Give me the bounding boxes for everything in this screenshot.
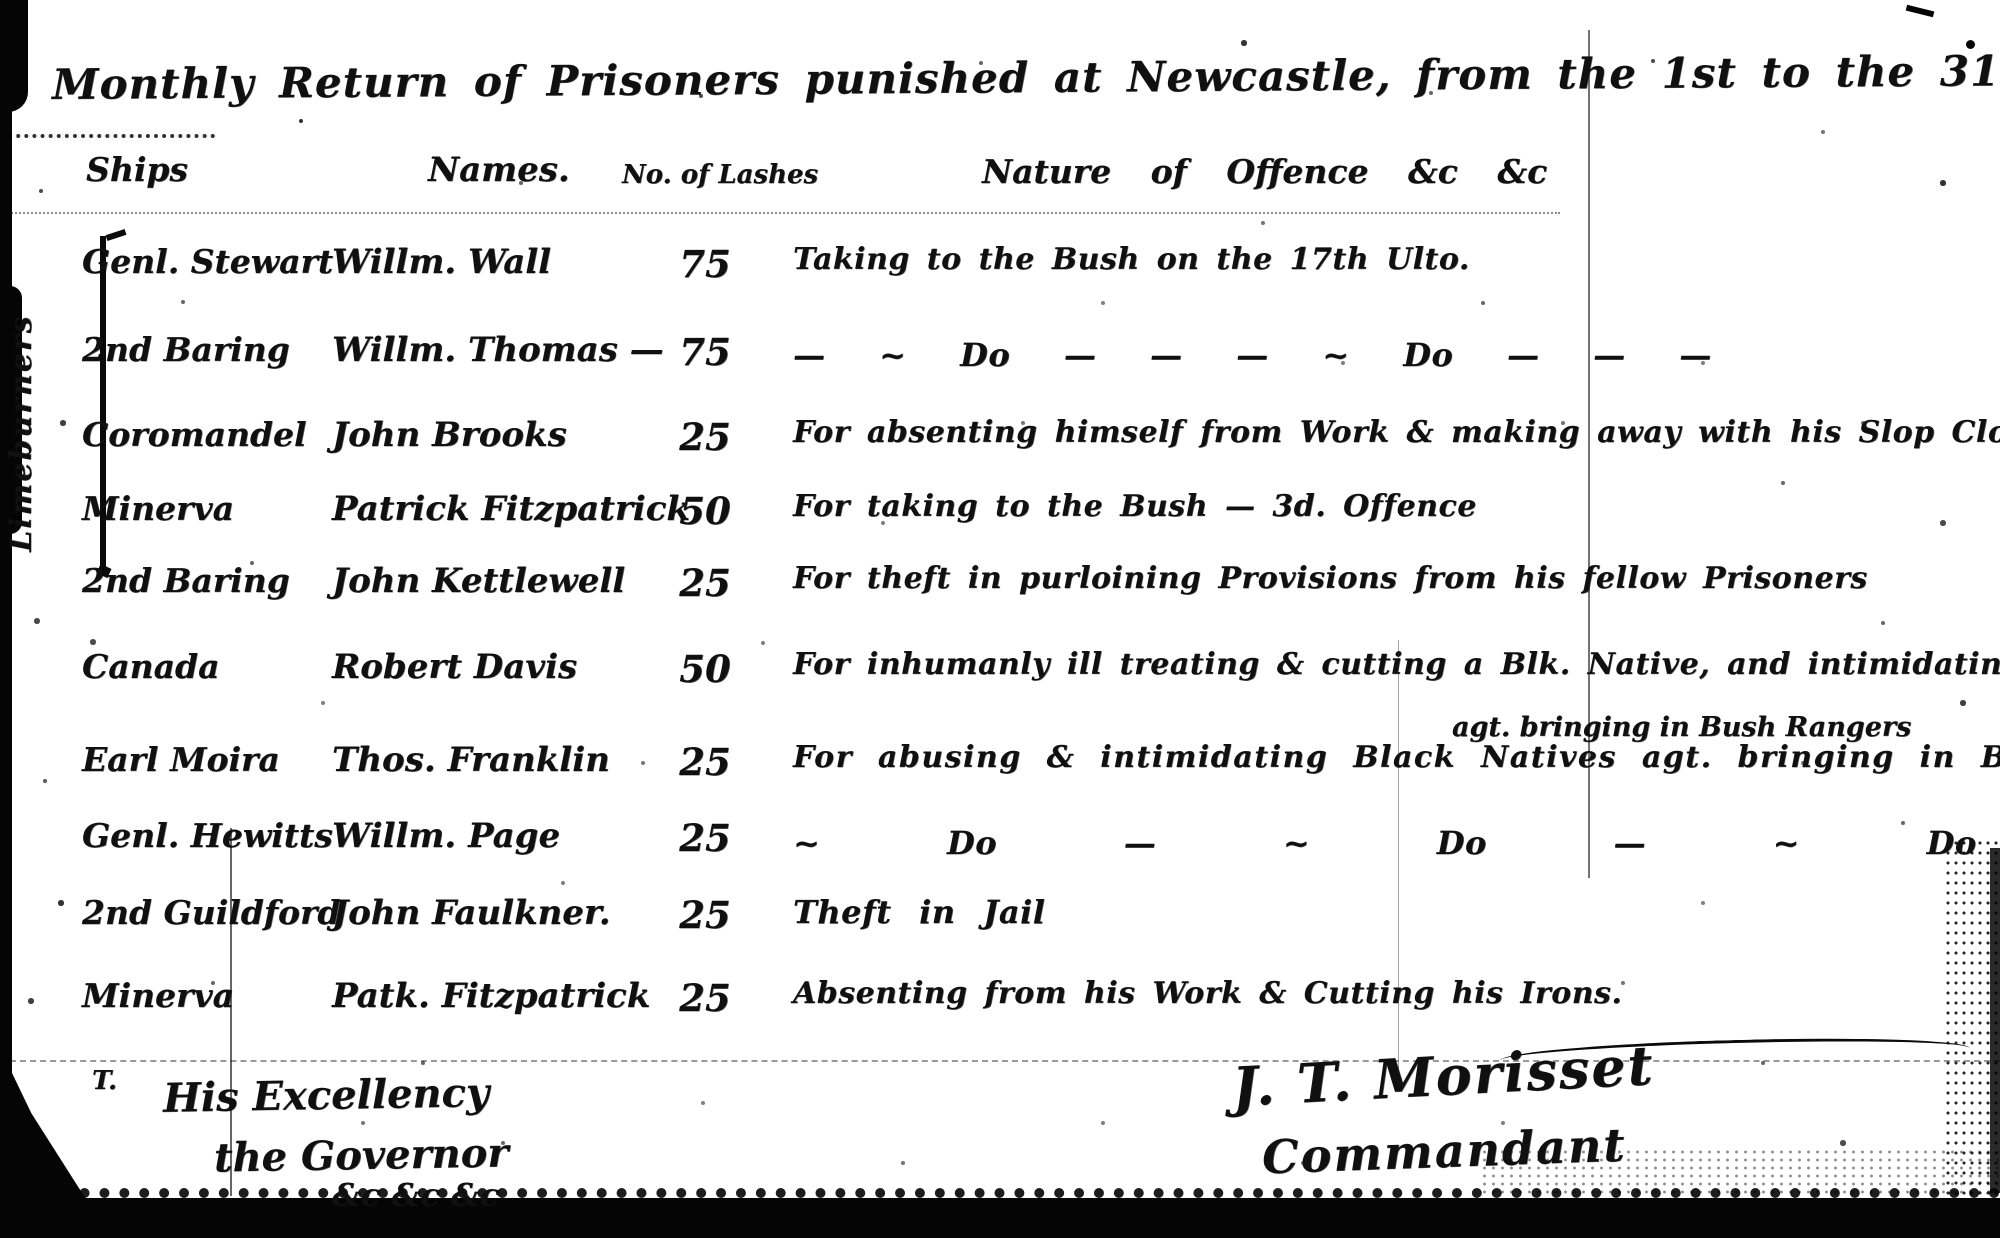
scan-edge-bottom [0, 1198, 2000, 1238]
name-cell: Willm. Wall [332, 242, 551, 282]
name-cell: Patrick Fitzpatrick [332, 489, 690, 529]
document-title: Monthly Return of Prisoners punished at … [52, 44, 2000, 109]
name-cell: Willm. Page [332, 816, 560, 856]
column-header-names: Names. [428, 150, 570, 190]
ship-cell: Genl. Stewart [82, 242, 333, 281]
lashes-cell: 25 [650, 893, 760, 937]
column-header-ships: Ships [86, 150, 188, 189]
lashes-cell: 25 [650, 415, 760, 459]
scanline-horizontal [0, 134, 215, 138]
offence-cell: Theft in Jail [793, 893, 1045, 931]
name-cell: John Kettlewell [332, 561, 625, 601]
offence-cell: For theft in purloining Provisions from … [793, 561, 1868, 596]
ship-cell: 2nd Baring [82, 330, 290, 369]
table-row: Minerva Patrick Fitzpatrick 50 For takin… [0, 489, 2000, 571]
table-row: Genl. Hewitts Willm. Page 25 ~ Do — ~ Do… [0, 816, 2000, 898]
name-cell: John Brooks [332, 415, 567, 455]
name-cell: Willm. Thomas — [332, 330, 664, 370]
salutation: T. [92, 1066, 117, 1096]
lashes-cell: 25 [650, 816, 760, 860]
column-header-lashes: No. of Lashes [622, 160, 818, 190]
scan-mark-top-right [1906, 5, 1935, 18]
lashes-cell: 50 [650, 489, 760, 533]
offence-ditto-cell: — ~ Do — — — ~ Do — — — [793, 336, 1712, 374]
table-row: 2nd Guildford John Faulkner. 25 Theft in… [0, 893, 2000, 975]
offence-cell: For abusing & intimidating Black Natives… [793, 740, 2000, 775]
offence-cell: Absenting from his Work & Cutting his Ir… [793, 976, 1622, 1011]
offence-cell: Taking to the Bush on the 17th Ulto. [793, 242, 1470, 277]
lashes-cell: 25 [650, 976, 760, 1020]
name-cell: Thos. Franklin [332, 740, 610, 780]
ruled-horizontal-line [0, 212, 1560, 214]
lashes-cell: 50 [650, 647, 760, 691]
ship-cell: Earl Moira [82, 740, 280, 779]
name-cell: Patk. Fitzpatrick [332, 976, 650, 1016]
scan-blob-top-left [0, 0, 28, 112]
ship-cell: 2nd Baring [82, 561, 290, 600]
scan-speckles [0, 0, 2, 2]
addressee-line: His Excellency [163, 1069, 490, 1122]
offence-continuation: agt. bringing in Bush Rangers [1452, 712, 1911, 743]
table-row: 2nd Baring John Kettlewell 25 For theft … [0, 561, 2000, 643]
ship-cell: Minerva [82, 976, 234, 1015]
ship-cell: Coromandel [82, 415, 307, 454]
addressee-etcetera: &c &c &c [332, 1176, 499, 1214]
ship-cell: Canada [82, 647, 219, 686]
table-row: Coromandel John Brooks 25 For absenting … [0, 415, 2000, 497]
addressee-line: the Governor [214, 1129, 509, 1181]
table-row: 2nd Baring Willm. Thomas — 75 — ~ Do — —… [0, 330, 2000, 412]
lashes-cell: 25 [650, 561, 760, 605]
name-cell: Robert Davis [332, 647, 577, 687]
column-header-offence: Nature of Offence &c &c [982, 152, 1547, 191]
offence-ditto-cell: ~ Do — ~ Do — ~ Do — ~ Do [793, 824, 2000, 862]
table-row: Earl Moira Thos. Franklin 25 For abusing… [0, 740, 2000, 822]
offence-cell: For inhumanly ill treating & cutting a B… [793, 647, 2000, 682]
name-cell: John Faulkner. [332, 893, 611, 933]
ship-cell: Genl. Hewitts [82, 816, 333, 855]
offence-cell: For taking to the Bush — 3d. Offence [793, 489, 1477, 524]
lashes-cell: 75 [650, 242, 760, 286]
table-row: Genl. Stewart Willm. Wall 75 Taking to t… [0, 242, 2000, 324]
ship-cell: 2nd Guildford [82, 893, 341, 932]
ship-cell: Minerva [82, 489, 234, 528]
offence-cell: For absenting himself from Work & making… [793, 415, 2000, 450]
lashes-cell: 25 [650, 740, 760, 784]
document-page: Monthly Return of Prisoners punished at … [0, 0, 2000, 1238]
lashes-cell: 75 [650, 330, 760, 374]
